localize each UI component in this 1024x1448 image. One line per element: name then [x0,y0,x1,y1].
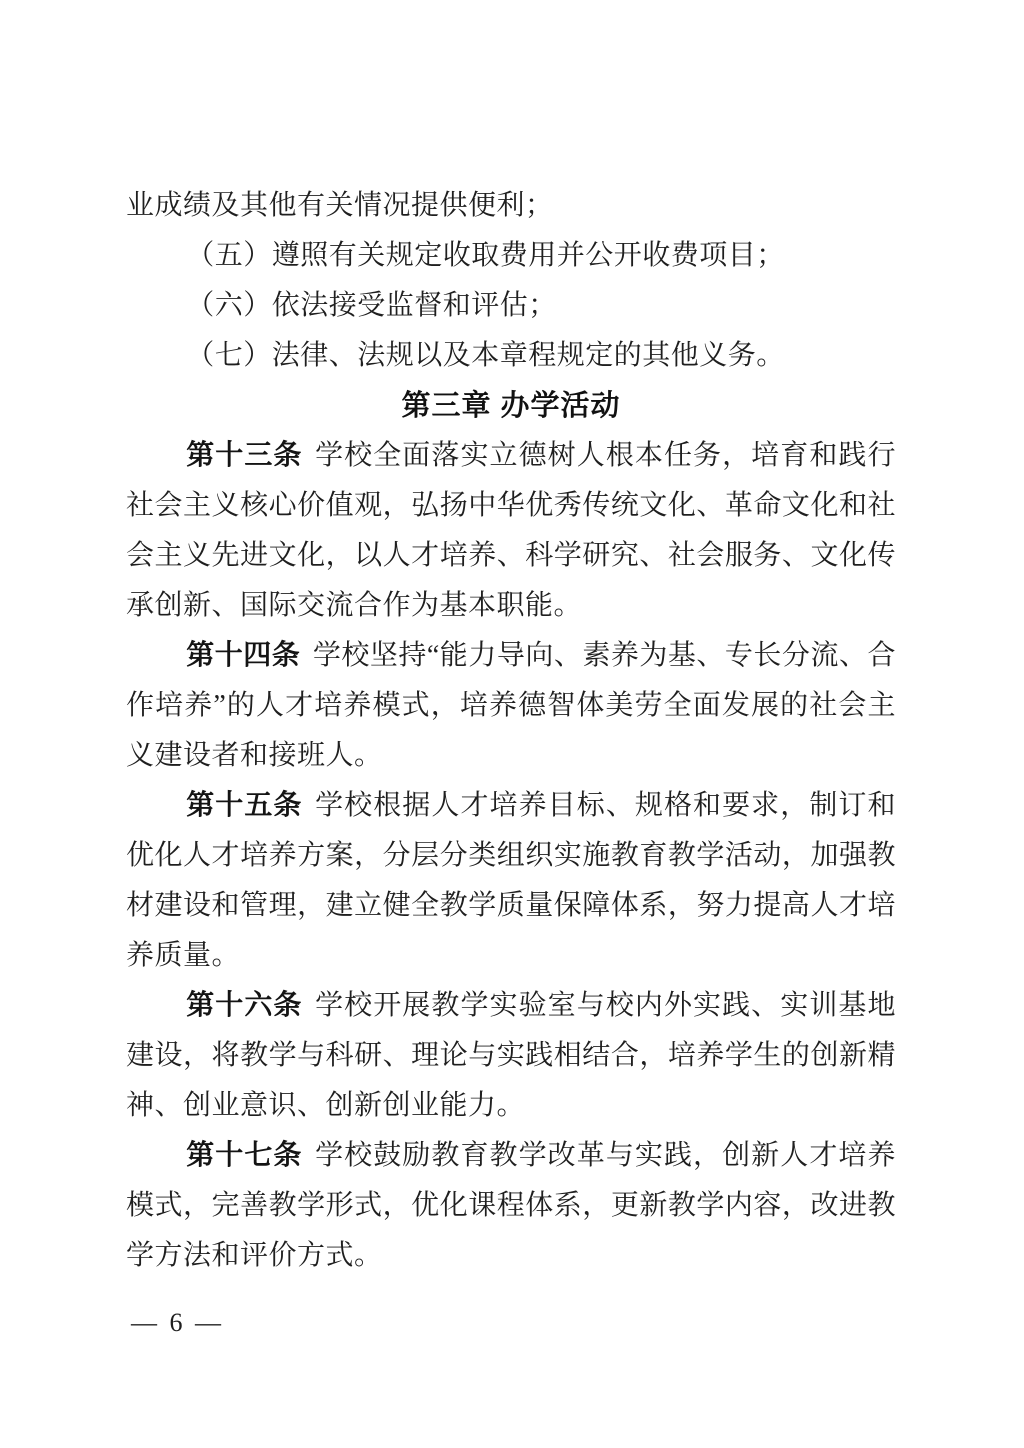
document-page: 业成绩及其他有关情况提供便利； （五）遵照有关规定收取费用并公开收费项目； （六… [0,0,1024,1448]
article-13: 第十三条学校全面落实立德树人根本任务，培育和践行社会主义核心价值观，弘扬中华优秀… [126,431,896,631]
article-16-number: 第十六条 [186,990,302,1021]
list-item-6: （六）依法接受监督和评估； [126,281,896,331]
document-body: 业成绩及其他有关情况提供便利； （五）遵照有关规定收取费用并公开收费项目； （六… [126,181,896,1281]
chapter-heading: 第三章 办学活动 [126,381,896,431]
article-17: 第十七条学校鼓励教育教学改革与实践，创新人才培养模式，完善教学形式，优化课程体系… [126,1131,896,1281]
article-14: 第十四条学校坚持“能力导向、素养为基、专长分流、合作培养”的人才培养模式，培养德… [126,631,896,781]
page-number: — 6 — [131,1303,224,1343]
list-item-5: （五）遵照有关规定收取费用并公开收费项目； [126,231,896,281]
article-14-number: 第十四条 [186,640,300,671]
article-15: 第十五条学校根据人才培养目标、规格和要求，制订和优化人才培养方案，分层分类组织实… [126,781,896,981]
paragraph-continuation: 业成绩及其他有关情况提供便利； [126,181,896,231]
article-13-number: 第十三条 [186,440,302,471]
list-item-7: （七）法律、法规以及本章程规定的其他义务。 [126,331,896,381]
article-17-number: 第十七条 [186,1140,302,1171]
article-15-number: 第十五条 [186,790,302,821]
article-16: 第十六条学校开展教学实验室与校内外实践、实训基地建设，将教学与科研、理论与实践相… [126,981,896,1131]
